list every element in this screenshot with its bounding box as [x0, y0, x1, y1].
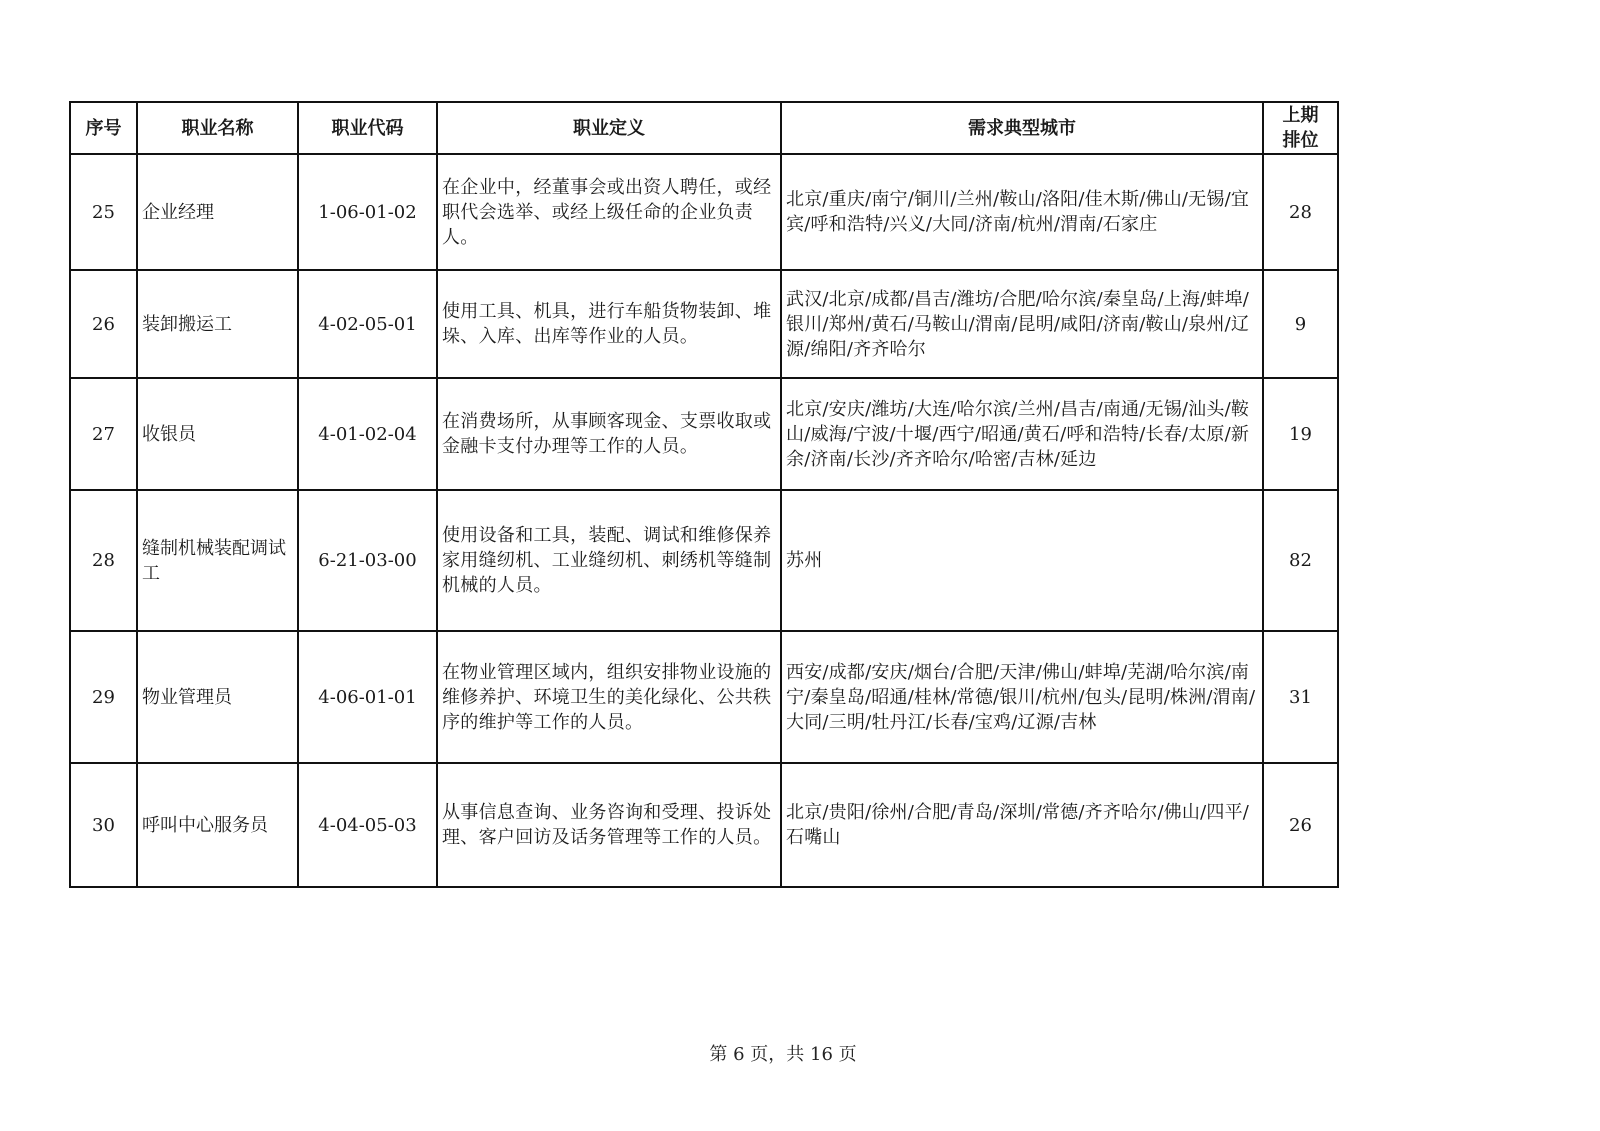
cell-occupation-code: 4-02-05-01 [298, 270, 437, 378]
header-previous-rank: 上期 排位 [1263, 102, 1338, 154]
cell-index: 26 [70, 270, 137, 378]
page-number-footer: 第 6 页，共 16 页 [0, 1040, 1566, 1066]
cell-index: 25 [70, 154, 137, 270]
cell-occupation-code: 6-21-03-00 [298, 490, 437, 631]
cell-previous-rank: 28 [1263, 154, 1338, 270]
header-occupation-name: 职业名称 [137, 102, 298, 154]
header-occupation-definition: 职业定义 [437, 102, 781, 154]
cell-previous-rank: 82 [1263, 490, 1338, 631]
cell-typical-cities: 西安/成都/安庆/烟台/合肥/天津/佛山/蚌埠/芜湖/哈尔滨/南宁/秦皇岛/昭通… [781, 631, 1263, 763]
cell-occupation-name: 物业管理员 [137, 631, 298, 763]
cell-occupation-code: 4-06-01-01 [298, 631, 437, 763]
table-header-row: 序号 职业名称 职业代码 职业定义 需求典型城市 上期 排位 [70, 102, 1338, 154]
cell-occupation-name: 缝制机械装配调试工 [137, 490, 298, 631]
table-row: 27 收银员 4-01-02-04 在消费场所，从事顾客现金、支票收取或金融卡支… [70, 378, 1338, 490]
cell-occupation-name: 呼叫中心服务员 [137, 763, 298, 887]
cell-typical-cities: 北京/贵阳/徐州/合肥/青岛/深圳/常德/齐齐哈尔/佛山/四平/石嘴山 [781, 763, 1263, 887]
cell-occupation-definition: 从事信息查询、业务咨询和受理、投诉处理、客户回访及话务管理等工作的人员。 [437, 763, 781, 887]
document-page: 序号 职业名称 职业代码 职业定义 需求典型城市 上期 排位 25 企业经理 1… [0, 0, 1600, 1131]
table-row: 28 缝制机械装配调试工 6-21-03-00 使用设备和工具，装配、调试和维修… [70, 490, 1338, 631]
cell-previous-rank: 31 [1263, 631, 1338, 763]
table-row: 26 装卸搬运工 4-02-05-01 使用工具、机具，进行车船货物装卸、堆垛、… [70, 270, 1338, 378]
cell-occupation-definition: 使用工具、机具，进行车船货物装卸、堆垛、入库、出库等作业的人员。 [437, 270, 781, 378]
header-occupation-code: 职业代码 [298, 102, 437, 154]
cell-previous-rank: 9 [1263, 270, 1338, 378]
cell-occupation-code: 1-06-01-02 [298, 154, 437, 270]
cell-typical-cities: 苏州 [781, 490, 1263, 631]
header-previous-rank-line2: 排位 [1268, 128, 1333, 153]
cell-previous-rank: 19 [1263, 378, 1338, 490]
table-row: 30 呼叫中心服务员 4-04-05-03 从事信息查询、业务咨询和受理、投诉处… [70, 763, 1338, 887]
header-index: 序号 [70, 102, 137, 154]
cell-index: 30 [70, 763, 137, 887]
cell-occupation-name: 企业经理 [137, 154, 298, 270]
cell-typical-cities: 北京/重庆/南宁/铜川/兰州/鞍山/洛阳/佳木斯/佛山/无锡/宜宾/呼和浩特/兴… [781, 154, 1263, 270]
cell-occupation-definition: 在企业中，经董事会或出资人聘任，或经职代会选举、或经上级任命的企业负责人。 [437, 154, 781, 270]
cell-previous-rank: 26 [1263, 763, 1338, 887]
cell-occupation-definition: 在物业管理区域内，组织安排物业设施的维修养护、环境卫生的美化绿化、公共秩序的维护… [437, 631, 781, 763]
cell-occupation-code: 4-01-02-04 [298, 378, 437, 490]
cell-occupation-name: 装卸搬运工 [137, 270, 298, 378]
cell-index: 28 [70, 490, 137, 631]
cell-typical-cities: 武汉/北京/成都/昌吉/潍坊/合肥/哈尔滨/秦皇岛/上海/蚌埠/银川/郑州/黄石… [781, 270, 1263, 378]
cell-typical-cities: 北京/安庆/潍坊/大连/哈尔滨/兰州/昌吉/南通/无锡/汕头/鞍山/威海/宁波/… [781, 378, 1263, 490]
header-previous-rank-line1: 上期 [1268, 103, 1333, 128]
cell-index: 27 [70, 378, 137, 490]
occupation-table: 序号 职业名称 职业代码 职业定义 需求典型城市 上期 排位 25 企业经理 1… [69, 101, 1339, 888]
table-row: 29 物业管理员 4-06-01-01 在物业管理区域内，组织安排物业设施的维修… [70, 631, 1338, 763]
table-row: 25 企业经理 1-06-01-02 在企业中，经董事会或出资人聘任，或经职代会… [70, 154, 1338, 270]
cell-occupation-code: 4-04-05-03 [298, 763, 437, 887]
cell-occupation-name: 收银员 [137, 378, 298, 490]
cell-index: 29 [70, 631, 137, 763]
cell-occupation-definition: 使用设备和工具，装配、调试和维修保养家用缝纫机、工业缝纫机、刺绣机等缝制机械的人… [437, 490, 781, 631]
header-typical-cities: 需求典型城市 [781, 102, 1263, 154]
cell-occupation-definition: 在消费场所，从事顾客现金、支票收取或金融卡支付办理等工作的人员。 [437, 378, 781, 490]
